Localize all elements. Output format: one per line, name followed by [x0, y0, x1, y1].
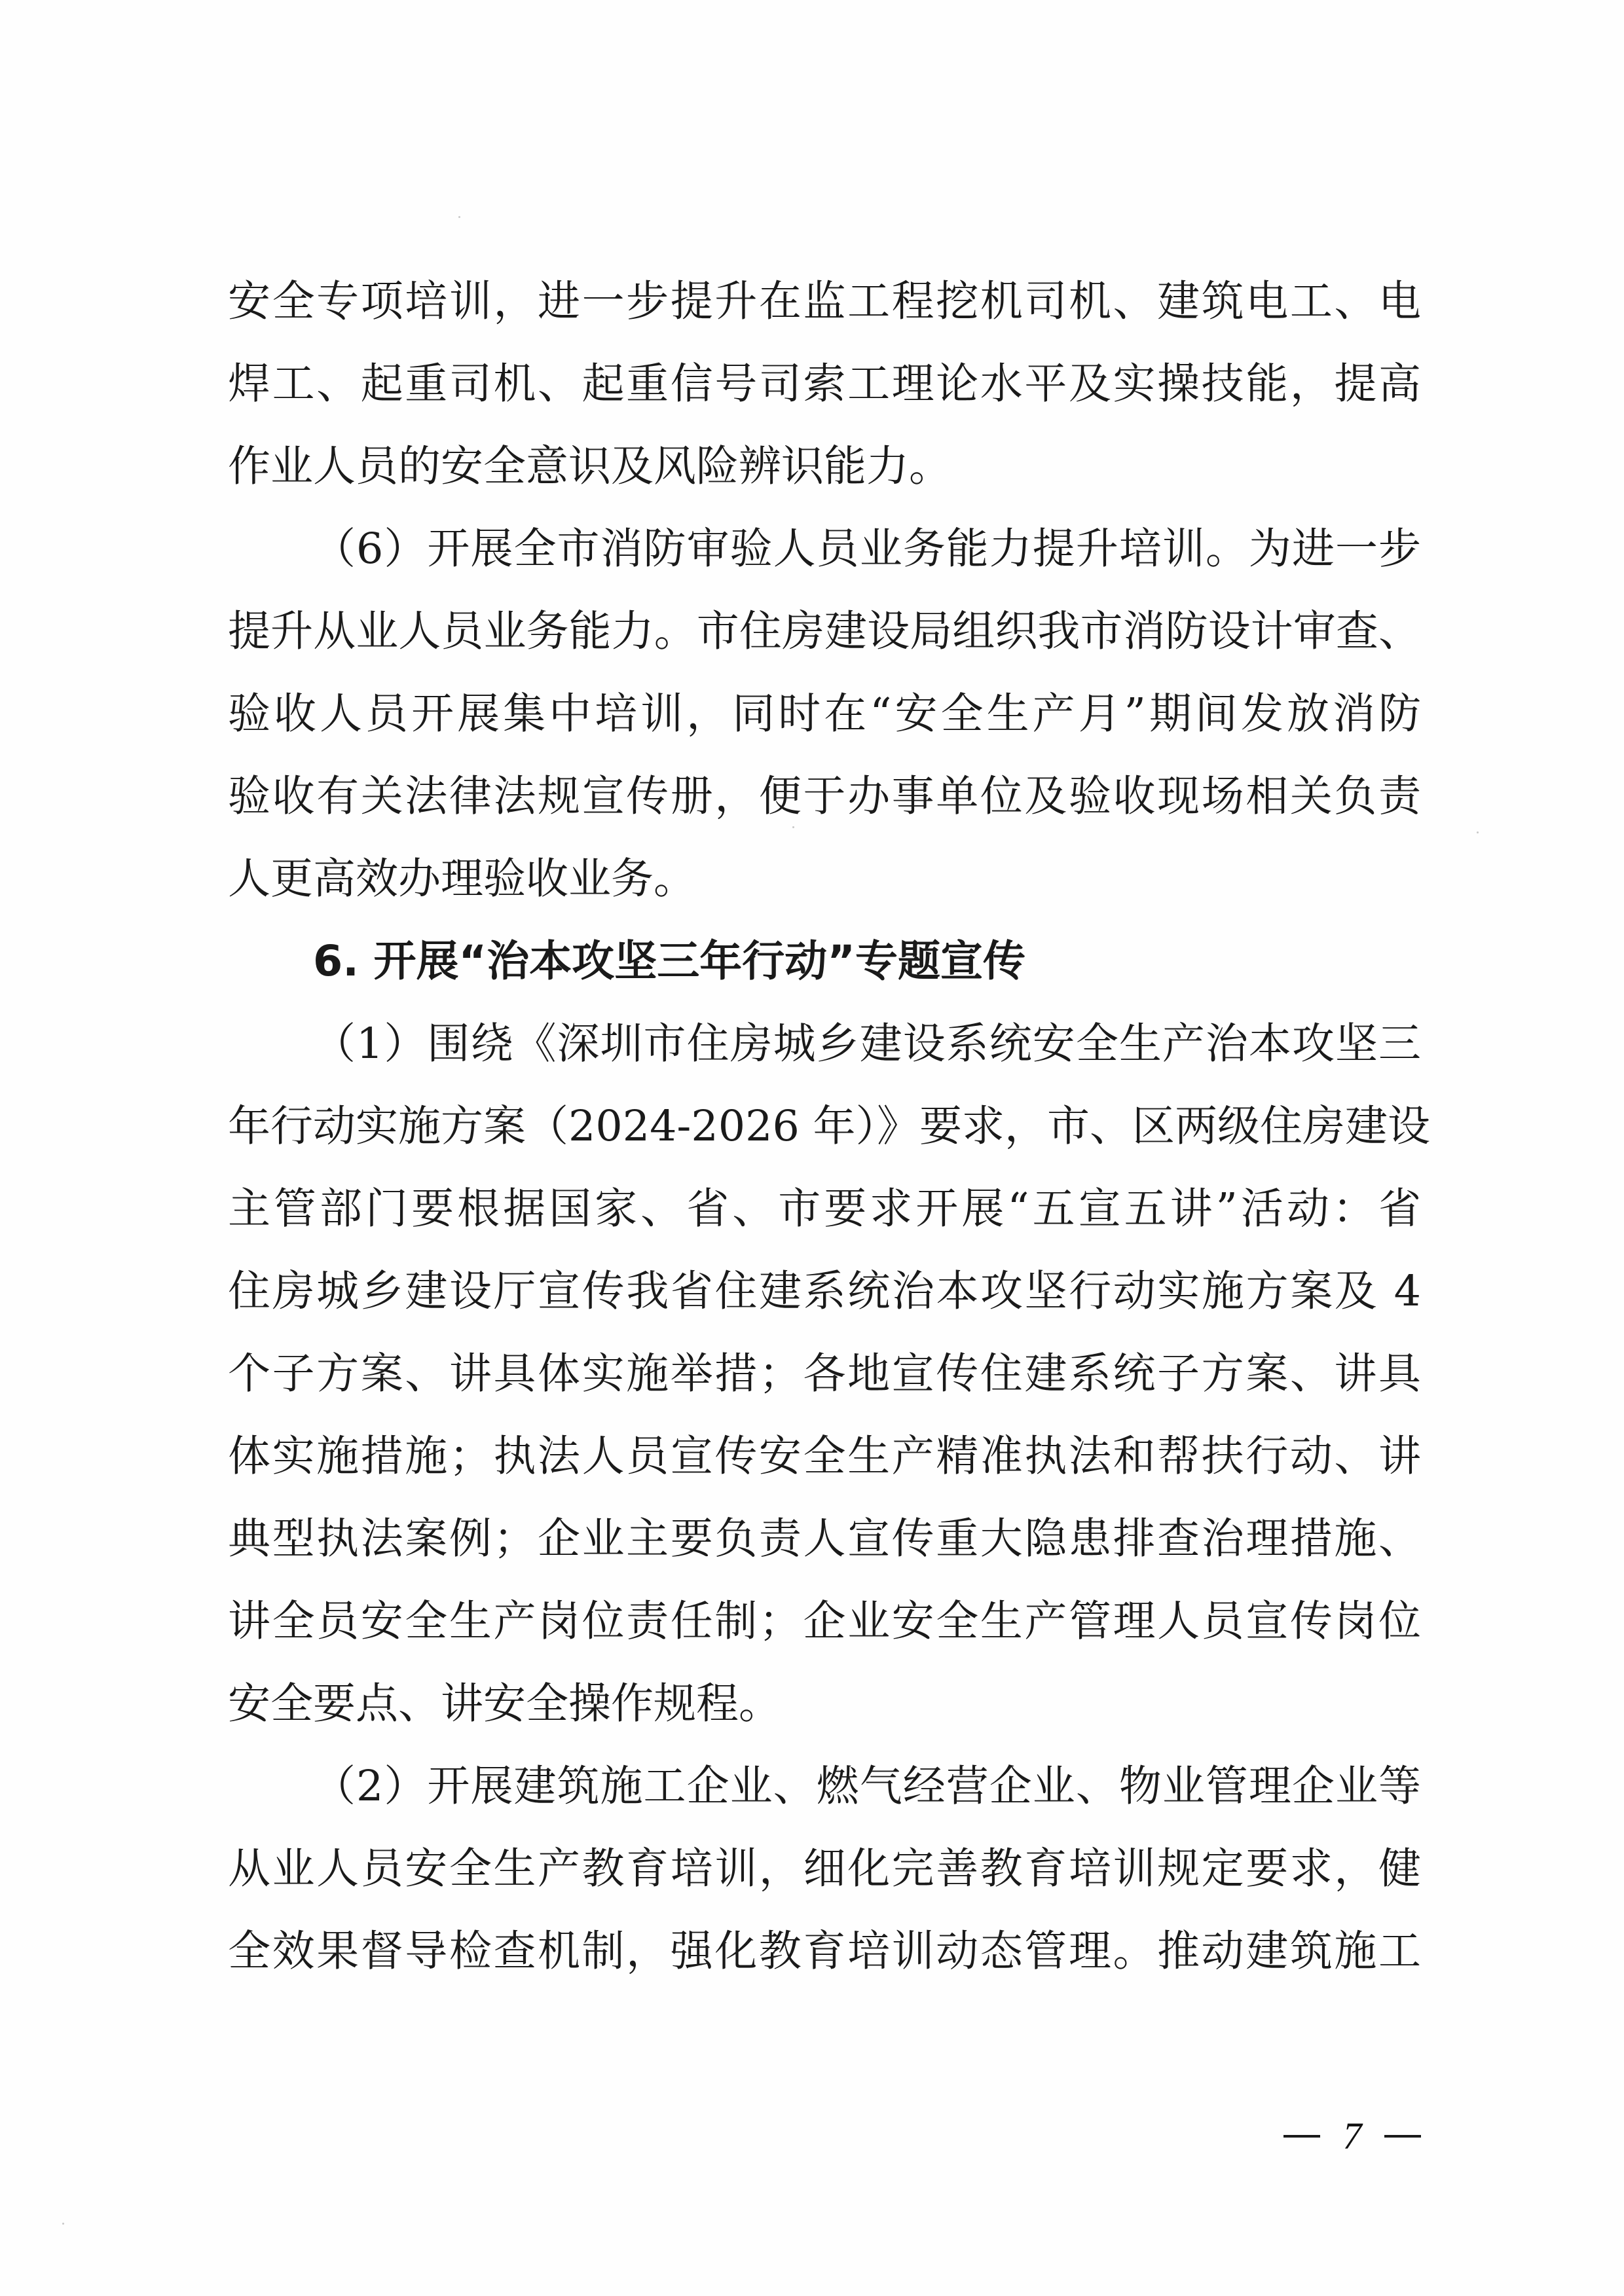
document-page: 安全专项培训，进一步提升在监工程挖机司机、建筑电工、电 焊工、起重司机、起重信号… [0, 0, 1624, 2296]
scan-speck [458, 216, 460, 218]
text-line: 典型执法案例；企业主要负责人宣传重大隐患排查治理措施、 [228, 1498, 1421, 1580]
paragraph-item-1: （1）围绕《深圳市住房城乡建设系统安全生产治本攻坚三 年行动实施方案（2024-… [228, 1003, 1421, 1745]
text-line: 验收人员开展集中培训，同时在“安全生产月”期间发放消防 [228, 673, 1421, 756]
text-line: 全效果督导检查机制，强化教育培训动态管理。推动建筑施工 [228, 1910, 1421, 1993]
page-number: 7 [1283, 2113, 1421, 2159]
page-number-dash-right [1384, 2135, 1421, 2138]
scan-speck [62, 2223, 64, 2225]
text-line: 从业人员安全生产教育培训，细化完善教育培训规定要求，健 [228, 1828, 1421, 1910]
paragraph-item-6: （6）开展全市消防审验人员业务能力提升培训。为进一步 提升从业人员业务能力。市住… [228, 508, 1421, 920]
text-line: 住房城乡建设厅宣传我省住建系统治本攻坚行动实施方案及 4 [228, 1250, 1421, 1333]
scan-speck [792, 826, 794, 828]
scan-speck [1477, 831, 1479, 833]
text-line: 人更高效办理验收业务。 [228, 838, 1421, 920]
text-line: 提升从业人员业务能力。市住房建设局组织我市消防设计审查、 [228, 591, 1421, 673]
text-line: 主管部门要根据国家、省、市要求开展“五宣五讲”活动：省 [228, 1168, 1421, 1250]
text-line: 焊工、起重司机、起重信号司索工理论水平及实操技能，提高 [228, 343, 1421, 426]
text-line: 验收有关法律法规宣传册，便于办事单位及验收现场相关负责 [228, 756, 1421, 838]
text-line: 讲全员安全生产岗位责任制；企业安全生产管理人员宣传岗位 [228, 1580, 1421, 1663]
text-line: 年行动实施方案（2024-2026 年）》要求，市、区两级住房建设 [228, 1085, 1421, 1168]
text-line: 安全要点、讲安全操作规程。 [228, 1663, 1421, 1745]
text-line: （1）围绕《深圳市住房城乡建设系统安全生产治本攻坚三 [228, 1003, 1421, 1085]
text-line: 安全专项培训，进一步提升在监工程挖机司机、建筑电工、电 [228, 261, 1421, 343]
text-line: （2）开展建筑施工企业、燃气经营企业、物业管理企业等 [228, 1745, 1421, 1828]
paragraph-item-2: （2）开展建筑施工企业、燃气经营企业、物业管理企业等 从业人员安全生产教育培训，… [228, 1745, 1421, 1993]
text-line: 体实施措施；执法人员宣传安全生产精准执法和帮扶行动、讲 [228, 1415, 1421, 1498]
page-number-dash-left [1283, 2135, 1320, 2138]
text-line: 作业人员的安全意识及风险辨识能力。 [228, 426, 1421, 508]
paragraph-continued: 安全专项培训，进一步提升在监工程挖机司机、建筑电工、电 焊工、起重司机、起重信号… [228, 261, 1421, 508]
text-line: 个子方案、讲具体实施举措；各地宣传住建系统子方案、讲具 [228, 1333, 1421, 1415]
page-number-value: 7 [1339, 2113, 1365, 2159]
document-body: 安全专项培训，进一步提升在监工程挖机司机、建筑电工、电 焊工、起重司机、起重信号… [228, 261, 1421, 1993]
section-heading-text: 6. 开展“治本攻坚三年行动”专题宣传 [228, 920, 1421, 1003]
text-line: （6）开展全市消防审验人员业务能力提升培训。为进一步 [228, 508, 1421, 591]
section-heading: 6. 开展“治本攻坚三年行动”专题宣传 [228, 920, 1421, 1003]
